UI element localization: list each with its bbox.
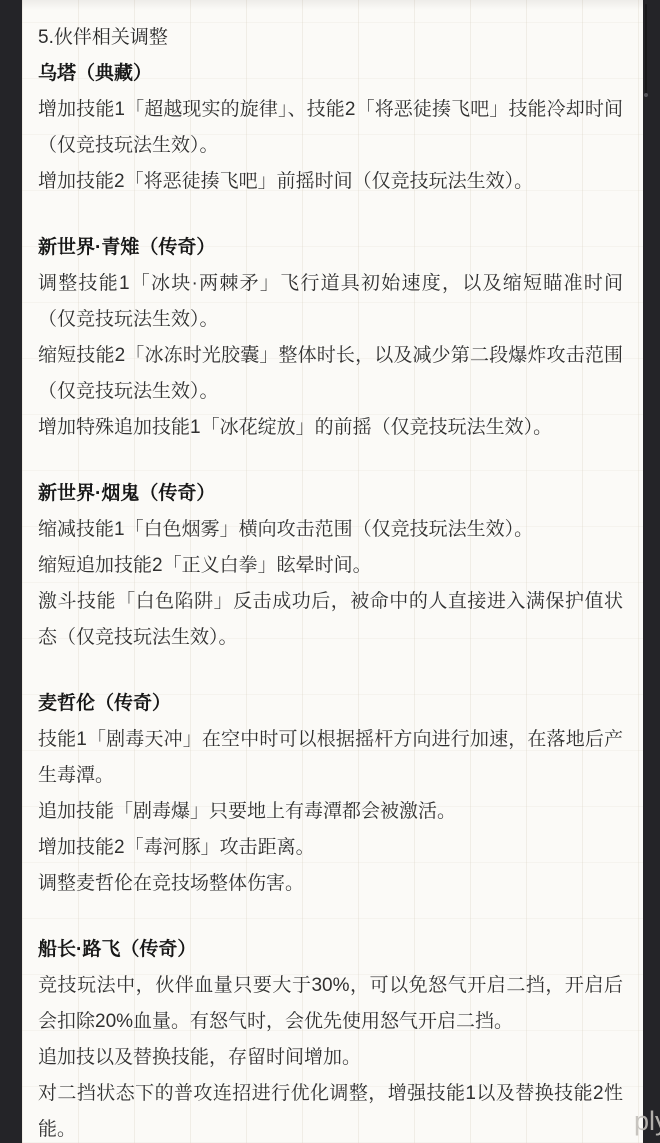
adjustment-paragraph: 对二挡状态下的普攻连招进行优化调整，增强技能1以及替换技能2性能。 <box>38 1076 623 1143</box>
character-section: 新世界·烟鬼（传奇） 缩减技能1「白色烟雾」横向攻击范围（仅竞技玩法生效）。缩短… <box>38 476 623 656</box>
character-section: 麦哲伦（传奇） 技能1「剧毒天冲」在空中时可以根据摇杆方向进行加速，在落地后产生… <box>38 686 623 902</box>
adjustment-paragraph: 追加技以及替换技能，存留时间增加。 <box>38 1040 623 1076</box>
adjustment-paragraph: 调整麦哲伦在竞技场整体伤害。 <box>38 866 623 902</box>
character-heading: 麦哲伦（传奇） <box>38 686 623 722</box>
sections-container: 乌塔（典藏） 增加技能1「超越现实的旋律」、技能2「将恶徒揍飞吧」技能冷却时间（… <box>38 56 623 1143</box>
character-heading: 乌塔（典藏） <box>38 56 623 92</box>
character-heading: 新世界·烟鬼（传奇） <box>38 476 623 512</box>
adjustment-paragraph: 追加技能「剧毒爆」只要地上有毒潭都会被激活。 <box>38 794 623 830</box>
patch-notes-document: 5.伙伴相关调整 乌塔（典藏） 增加技能1「超越现实的旋律」、技能2「将恶徒揍飞… <box>22 0 643 1143</box>
character-section: 乌塔（典藏） 增加技能1「超越现实的旋律」、技能2「将恶徒揍飞吧」技能冷却时间（… <box>38 56 623 200</box>
adjustment-paragraph: 增加技能2「将恶徒揍飞吧」前摇时间（仅竞技玩法生效）。 <box>38 164 623 200</box>
character-section: 船长·路飞（传奇） 竞技玩法中，伙伴血量只要大于30%，可以免怒气开启二挡，开启… <box>38 932 623 1143</box>
adjustment-paragraph: 竞技玩法中，伙伴血量只要大于30%，可以免怒气开启二挡，开启后会扣除20%血量。… <box>38 968 623 1040</box>
character-heading: 船长·路飞（传奇） <box>38 932 623 968</box>
adjustment-paragraph: 缩短追加技能2「正义白拳」眩晕时间。 <box>38 548 623 584</box>
adjustment-paragraph: 增加技能2「毒河豚」攻击距离。 <box>38 830 623 866</box>
adjustment-paragraph: 调整技能1「冰块·两棘矛」飞行道具初始速度，以及缩短瞄准时间（仅竞技玩法生效）。 <box>38 266 623 338</box>
adjustment-paragraph: 缩减技能1「白色烟雾」横向攻击范围（仅竞技玩法生效）。 <box>38 512 623 548</box>
character-section: 新世界·青雉（传奇） 调整技能1「冰块·两棘矛」飞行道具初始速度，以及缩短瞄准时… <box>38 230 623 446</box>
scrollbar[interactable] <box>645 4 647 94</box>
adjustment-paragraph: 增加特殊追加技能1「冰花绽放」的前摇（仅竞技玩法生效）。 <box>38 410 623 446</box>
character-heading: 新世界·青雉（传奇） <box>38 230 623 266</box>
adjustment-paragraph: 激斗技能「白色陷阱」反击成功后，被命中的人直接进入满保护值状态（仅竞技玩法生效）… <box>38 584 623 656</box>
page-title: 5.伙伴相关调整 <box>38 20 623 56</box>
patch-notes-panel: 5.伙伴相关调整 乌塔（典藏） 增加技能1「超越现实的旋律」、技能2「将恶徒揍飞… <box>22 0 643 1143</box>
adjustment-paragraph: 增加技能1「超越现实的旋律」、技能2「将恶徒揍飞吧」技能冷却时间（仅竞技玩法生效… <box>38 92 623 164</box>
adjustment-paragraph: 缩短技能2「冰冻时光胶囊」整体时长，以及减少第二段爆炸攻击范围（仅竞技玩法生效）… <box>38 338 623 410</box>
adjustment-paragraph: 技能1「剧毒天冲」在空中时可以根据摇杆方向进行加速，在落地后产生毒潭。 <box>38 722 623 794</box>
watermark: ply <box>634 1106 660 1136</box>
